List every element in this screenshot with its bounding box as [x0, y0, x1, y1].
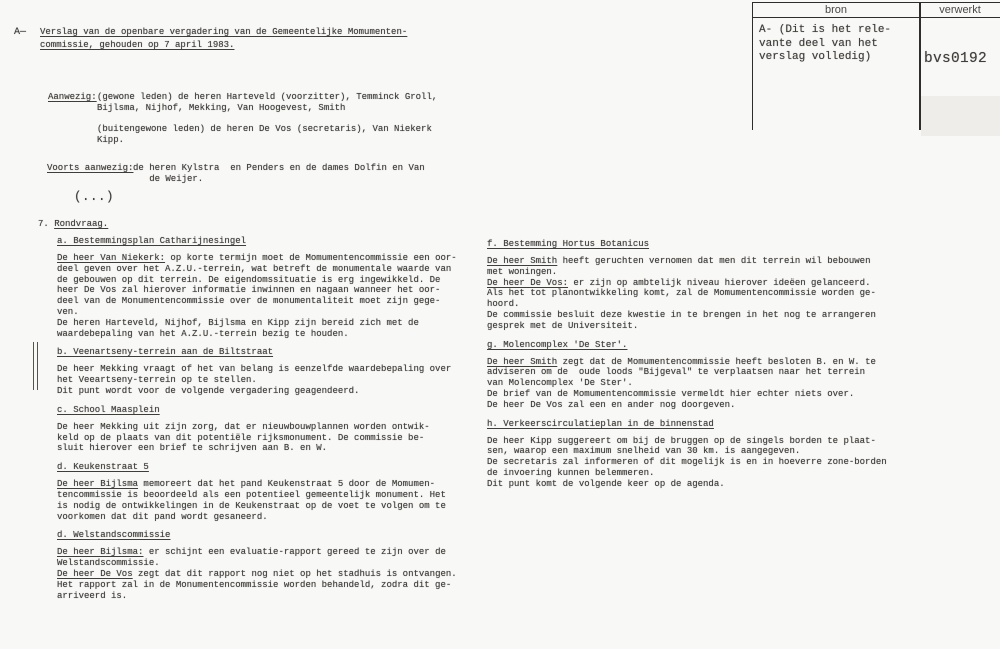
bron-header: bron: [753, 3, 919, 17]
paragraph: De heer Kipp suggereert om bij de brugge…: [487, 436, 912, 458]
section-a: a. Bestemmingsplan CatharijnesingelDe he…: [57, 236, 472, 339]
paragraph: Dit punt komt de volgende keer op de age…: [487, 479, 912, 490]
bron-verwerkt-table: bron verwerkt A- (Dit is het rele- vante…: [752, 2, 1000, 130]
speaker-name: De heer Van Niekerk:: [57, 253, 165, 263]
right-column: f. Bestemming Hortus BotanicusDe heer Sm…: [487, 239, 912, 498]
section-g: g. Molencomplex 'De Ster'.De heer Smith …: [487, 340, 912, 411]
also-present-label: Voorts aanwezig:: [47, 163, 133, 173]
paragraph: De commissie besluit deze kwestie in te …: [487, 310, 912, 332]
paragraph: De heer Bijlsma memoreert dat het pand K…: [57, 479, 472, 522]
section-c-heading: c. School Maasplein: [57, 405, 472, 416]
agenda-item: 7. Rondvraag.: [38, 219, 108, 229]
paragraph: De heer Mekking vraagt of het van belang…: [57, 364, 472, 386]
section-b: b. Veenartseny-terrein aan de Biltstraat…: [57, 347, 472, 396]
section-c: c. School MaaspleinDe heer Mekking uit z…: [57, 405, 472, 454]
table-column-divider: [919, 3, 921, 130]
section-g-heading: g. Molencomplex 'De Ster'.: [487, 340, 912, 351]
section-d-welstandscommissie: d. WelstandscommissieDe heer Bijlsma: er…: [57, 530, 472, 601]
agenda-item-number: 7.: [38, 219, 54, 229]
omission-ellipsis: (...): [74, 190, 114, 204]
section-d-welstandscommissie-heading: d. Welstandscommissie: [57, 530, 472, 541]
section-f-heading: f. Bestemming Hortus Botanicus: [487, 239, 912, 250]
scanned-document-page: bron verwerkt A- (Dit is het rele- vante…: [0, 0, 1000, 649]
section-a-heading: a. Bestemmingsplan Catharijnesingel: [57, 236, 472, 247]
section-d-keukenstraat-heading: d. Keukenstraat 5: [57, 462, 472, 473]
paragraph: De heren Harteveld, Nijhof, Bijlsma en K…: [57, 318, 472, 340]
attendance-names: (gewone leden) de heren Harteveld (voorz…: [97, 92, 437, 146]
paragraph: De heer Van Niekerk: op korte termijn mo…: [57, 253, 472, 318]
document-title: Verslag van de openbare vergadering van …: [40, 26, 407, 52]
also-present-names: de heren Kylstra en Penders en de dames …: [133, 163, 425, 185]
paragraph: De secretaris zal informeren of dit moge…: [487, 457, 912, 479]
left-column: a. Bestemmingsplan CatharijnesingelDe he…: [57, 236, 472, 609]
marginal-letter: A—: [14, 27, 26, 38]
speaker-name: De heer Smith: [487, 256, 557, 266]
verwerkt-code: bvs0192: [924, 51, 987, 67]
verwerkt-header: verwerkt: [919, 3, 1000, 17]
paragraph: De heer Smith heeft geruchten vernomen d…: [487, 256, 912, 278]
paragraph: Dit punt wordt voor de volgende vergader…: [57, 386, 472, 397]
paragraph: De heer Bijlsma: er schijnt een evaluati…: [57, 547, 472, 569]
paragraph: De heer Mekking uit zijn zorg, dat er ni…: [57, 422, 472, 454]
section-h: h. Verkeerscirculatieplan in de binnenst…: [487, 419, 912, 490]
agenda-item-title: Rondvraag.: [54, 219, 108, 229]
attendance-label: Aanwezig:: [48, 92, 97, 102]
section-b-heading: b. Veenartseny-terrein aan de Biltstraat: [57, 347, 472, 358]
speaker-name: De heer Smith: [487, 357, 557, 367]
table-header-row: bron verwerkt: [753, 3, 1000, 18]
paragraph: De brief van de Momumentencommissie verm…: [487, 389, 912, 411]
section-f: f. Bestemming Hortus BotanicusDe heer Sm…: [487, 239, 912, 332]
bron-note: A- (Dit is het rele- vante deel van het …: [759, 24, 891, 65]
speaker-name: De heer De Vos:: [487, 278, 568, 288]
paragraph: De heer De Vos zegt dat dit rapport nog …: [57, 569, 472, 601]
paragraph: De heer Smith zegt dat de Momumentencomm…: [487, 357, 912, 389]
speaker-name: De heer Bijlsma: [57, 479, 138, 489]
section-d-keukenstraat: d. Keukenstraat 5De heer Bijlsma memoree…: [57, 462, 472, 522]
speaker-name: De heer De Vos: [57, 569, 133, 579]
margin-emphasis-mark: [33, 342, 38, 390]
speaker-name: De heer Bijlsma:: [57, 547, 143, 557]
paragraph: De heer De Vos: er zijn op ambtelijk niv…: [487, 278, 912, 310]
section-h-heading: h. Verkeerscirculatieplan in de binnenst…: [487, 419, 912, 430]
